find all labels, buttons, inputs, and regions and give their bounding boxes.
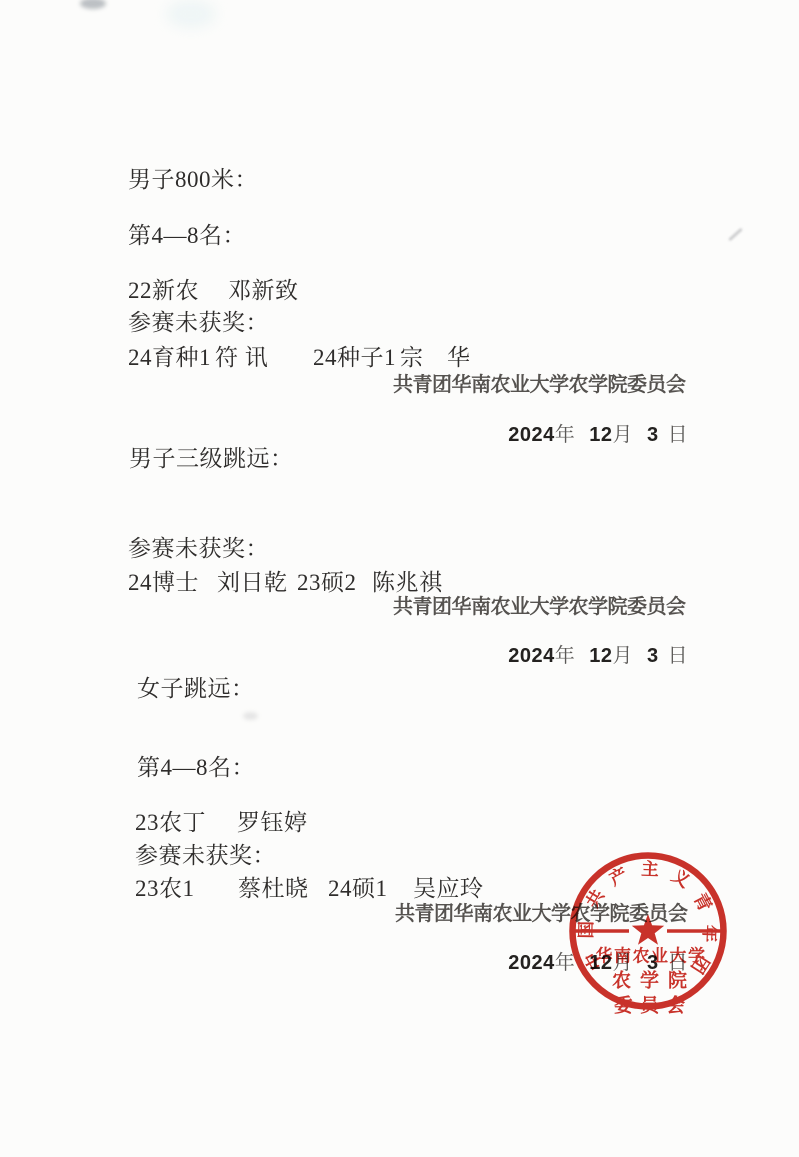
- event-title-mens-800m: 男子800米：: [128, 167, 258, 193]
- signature-org: 共青团华南农业大学农学院委员会: [395, 903, 688, 926]
- participant-unit: 24硕1: [328, 876, 388, 902]
- scan-smudge: [728, 228, 743, 242]
- participant-unit: 24育种1: [128, 345, 211, 371]
- winner-name: 邓新致: [228, 278, 299, 304]
- scan-smudge: [166, 0, 216, 28]
- event-title-mens-triple-jump: 男子三级跳远：: [129, 446, 294, 472]
- svg-text:团: 团: [687, 952, 713, 978]
- winner-unit: 22新农: [128, 278, 199, 304]
- svg-text:年: 年: [700, 924, 721, 943]
- participant-unit: 23农1: [135, 876, 195, 902]
- participant-unit: 23硕2: [297, 570, 357, 596]
- date-day: 3: [647, 952, 659, 974]
- scan-smudge: [243, 712, 258, 720]
- signature-date: 2024年12月3日: [484, 401, 688, 470]
- svg-text:主: 主: [641, 859, 660, 880]
- signature-date: 2024年12月3日: [484, 929, 688, 998]
- winner-name: 罗钰婷: [237, 810, 308, 836]
- signature-org: 共青团华南农业大学农学院委员会: [393, 374, 686, 397]
- signature-org: 共青团华南农业大学农学院委员会: [393, 596, 686, 619]
- date-month: 12: [589, 424, 612, 446]
- date-month-label: 月: [612, 952, 633, 974]
- event-title-womens-long-jump: 女子跳远：: [137, 676, 255, 702]
- rank-heading: 第4—8名：: [137, 755, 255, 781]
- date-day-label: 日: [668, 424, 689, 446]
- date-year-label: 年: [555, 952, 576, 974]
- date-month: 12: [589, 952, 612, 974]
- date-day: 3: [647, 424, 659, 446]
- date-year-label: 年: [555, 424, 576, 446]
- no-award-label: 参赛未获奖：: [128, 536, 269, 562]
- participant-name: 蔡杜晓: [238, 876, 309, 902]
- no-award-label: 参赛未获奖：: [135, 843, 276, 869]
- date-year-label: 年: [555, 645, 576, 667]
- date-day-label: 日: [668, 952, 689, 974]
- date-day-label: 日: [668, 645, 689, 667]
- participant-name: 刘日乾: [217, 570, 288, 596]
- scanned-document-page: 男子800米： 第4—8名： 22新农 邓新致 参赛未获奖： 24育种1 符 讯…: [0, 0, 799, 1157]
- participant-unit: 24博士: [128, 570, 199, 596]
- svg-text:义: 义: [668, 865, 694, 891]
- date-month-label: 月: [612, 424, 633, 446]
- participant-name: 符 讯: [215, 345, 268, 371]
- participant-name: 陈兆祺: [372, 570, 443, 596]
- scan-smudge: [80, 0, 106, 9]
- date-year: 2024: [508, 952, 555, 974]
- no-award-label: 参赛未获奖：: [128, 310, 269, 336]
- svg-text:青: 青: [690, 890, 716, 915]
- rank-heading: 第4—8名：: [128, 223, 246, 249]
- date-year: 2024: [508, 645, 555, 667]
- participant-name: 宗 华: [400, 345, 471, 371]
- winner-unit: 23农丁: [135, 810, 206, 836]
- participant-name: 吴应玲: [413, 876, 484, 902]
- date-month-label: 月: [612, 645, 633, 667]
- svg-text:产: 产: [606, 863, 631, 889]
- participant-unit: 24种子1: [313, 345, 396, 371]
- date-year: 2024: [508, 424, 555, 446]
- signature-date: 2024年12月3日: [484, 622, 688, 691]
- date-month: 12: [589, 645, 612, 667]
- date-day: 3: [647, 645, 659, 667]
